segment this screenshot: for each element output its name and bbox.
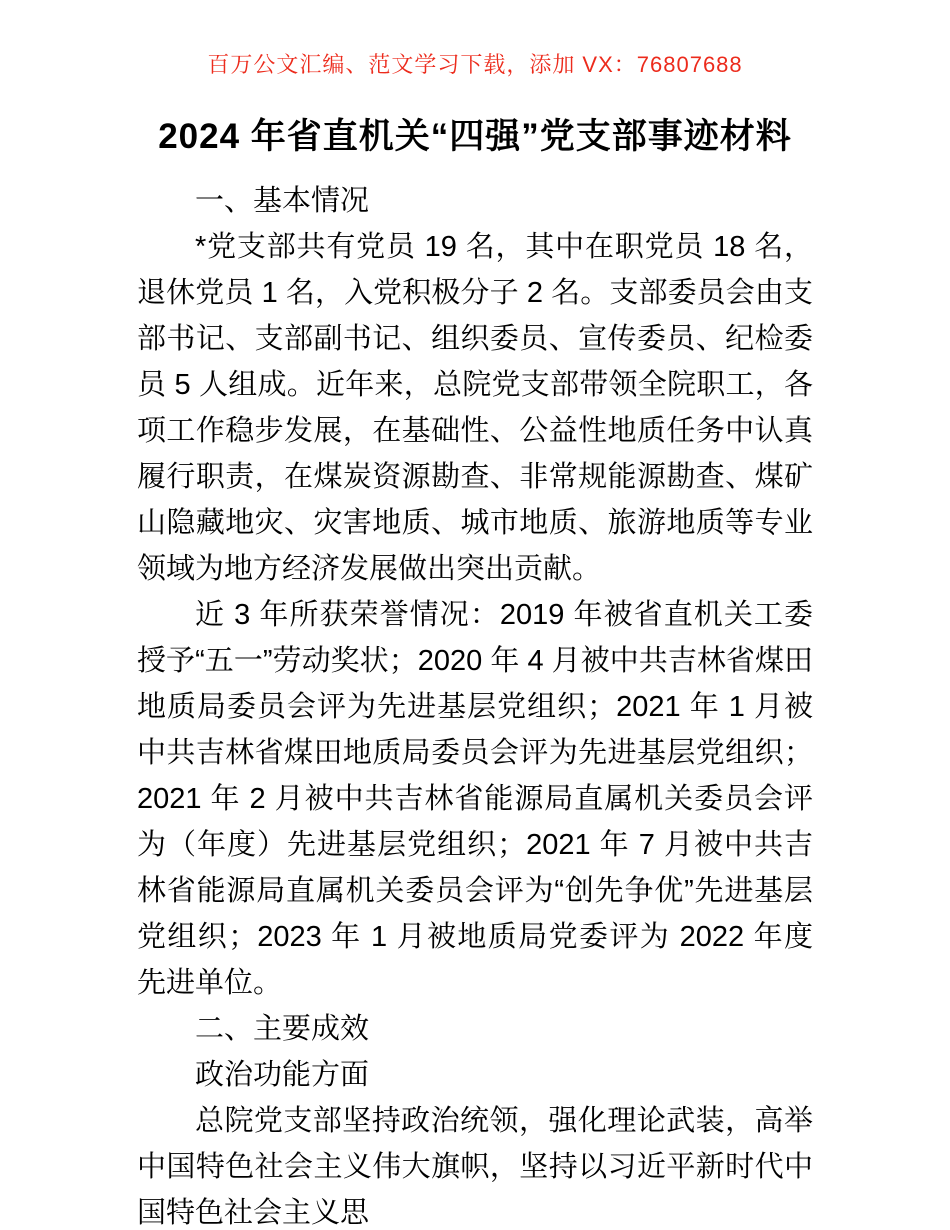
watermark-text: 百万公文汇编、范文学习下载，添加 VX：76807688 <box>0 0 950 80</box>
paragraph-basic-info: *党支部共有党员 19 名，其中在职党员 18 名，退休党员 1 名，入党积极分… <box>137 224 813 592</box>
section-heading-basic-info: 一、基本情况 <box>137 178 813 224</box>
paragraph-political-function: 总院党支部坚持政治统领，强化理论武装，高举中国特色社会主义伟大旗帜，坚持以习近平… <box>137 1098 813 1230</box>
document-body: 一、基本情况 *党支部共有党员 19 名，其中在职党员 18 名，退休党员 1 … <box>137 178 813 1230</box>
subheading-political-function: 政治功能方面 <box>137 1052 813 1098</box>
document-page: 百万公文汇编、范文学习下载，添加 VX：76807688 2024 年省直机关“… <box>0 0 950 1230</box>
document-title: 2024 年省直机关“四强”党支部事迹材料 <box>0 113 950 161</box>
section-heading-main-results: 二、主要成效 <box>137 1006 813 1052</box>
paragraph-honors: 近 3 年所获荣誉情况：2019 年被省直机关工委授予“五一”劳动奖状；2020… <box>137 592 813 1006</box>
